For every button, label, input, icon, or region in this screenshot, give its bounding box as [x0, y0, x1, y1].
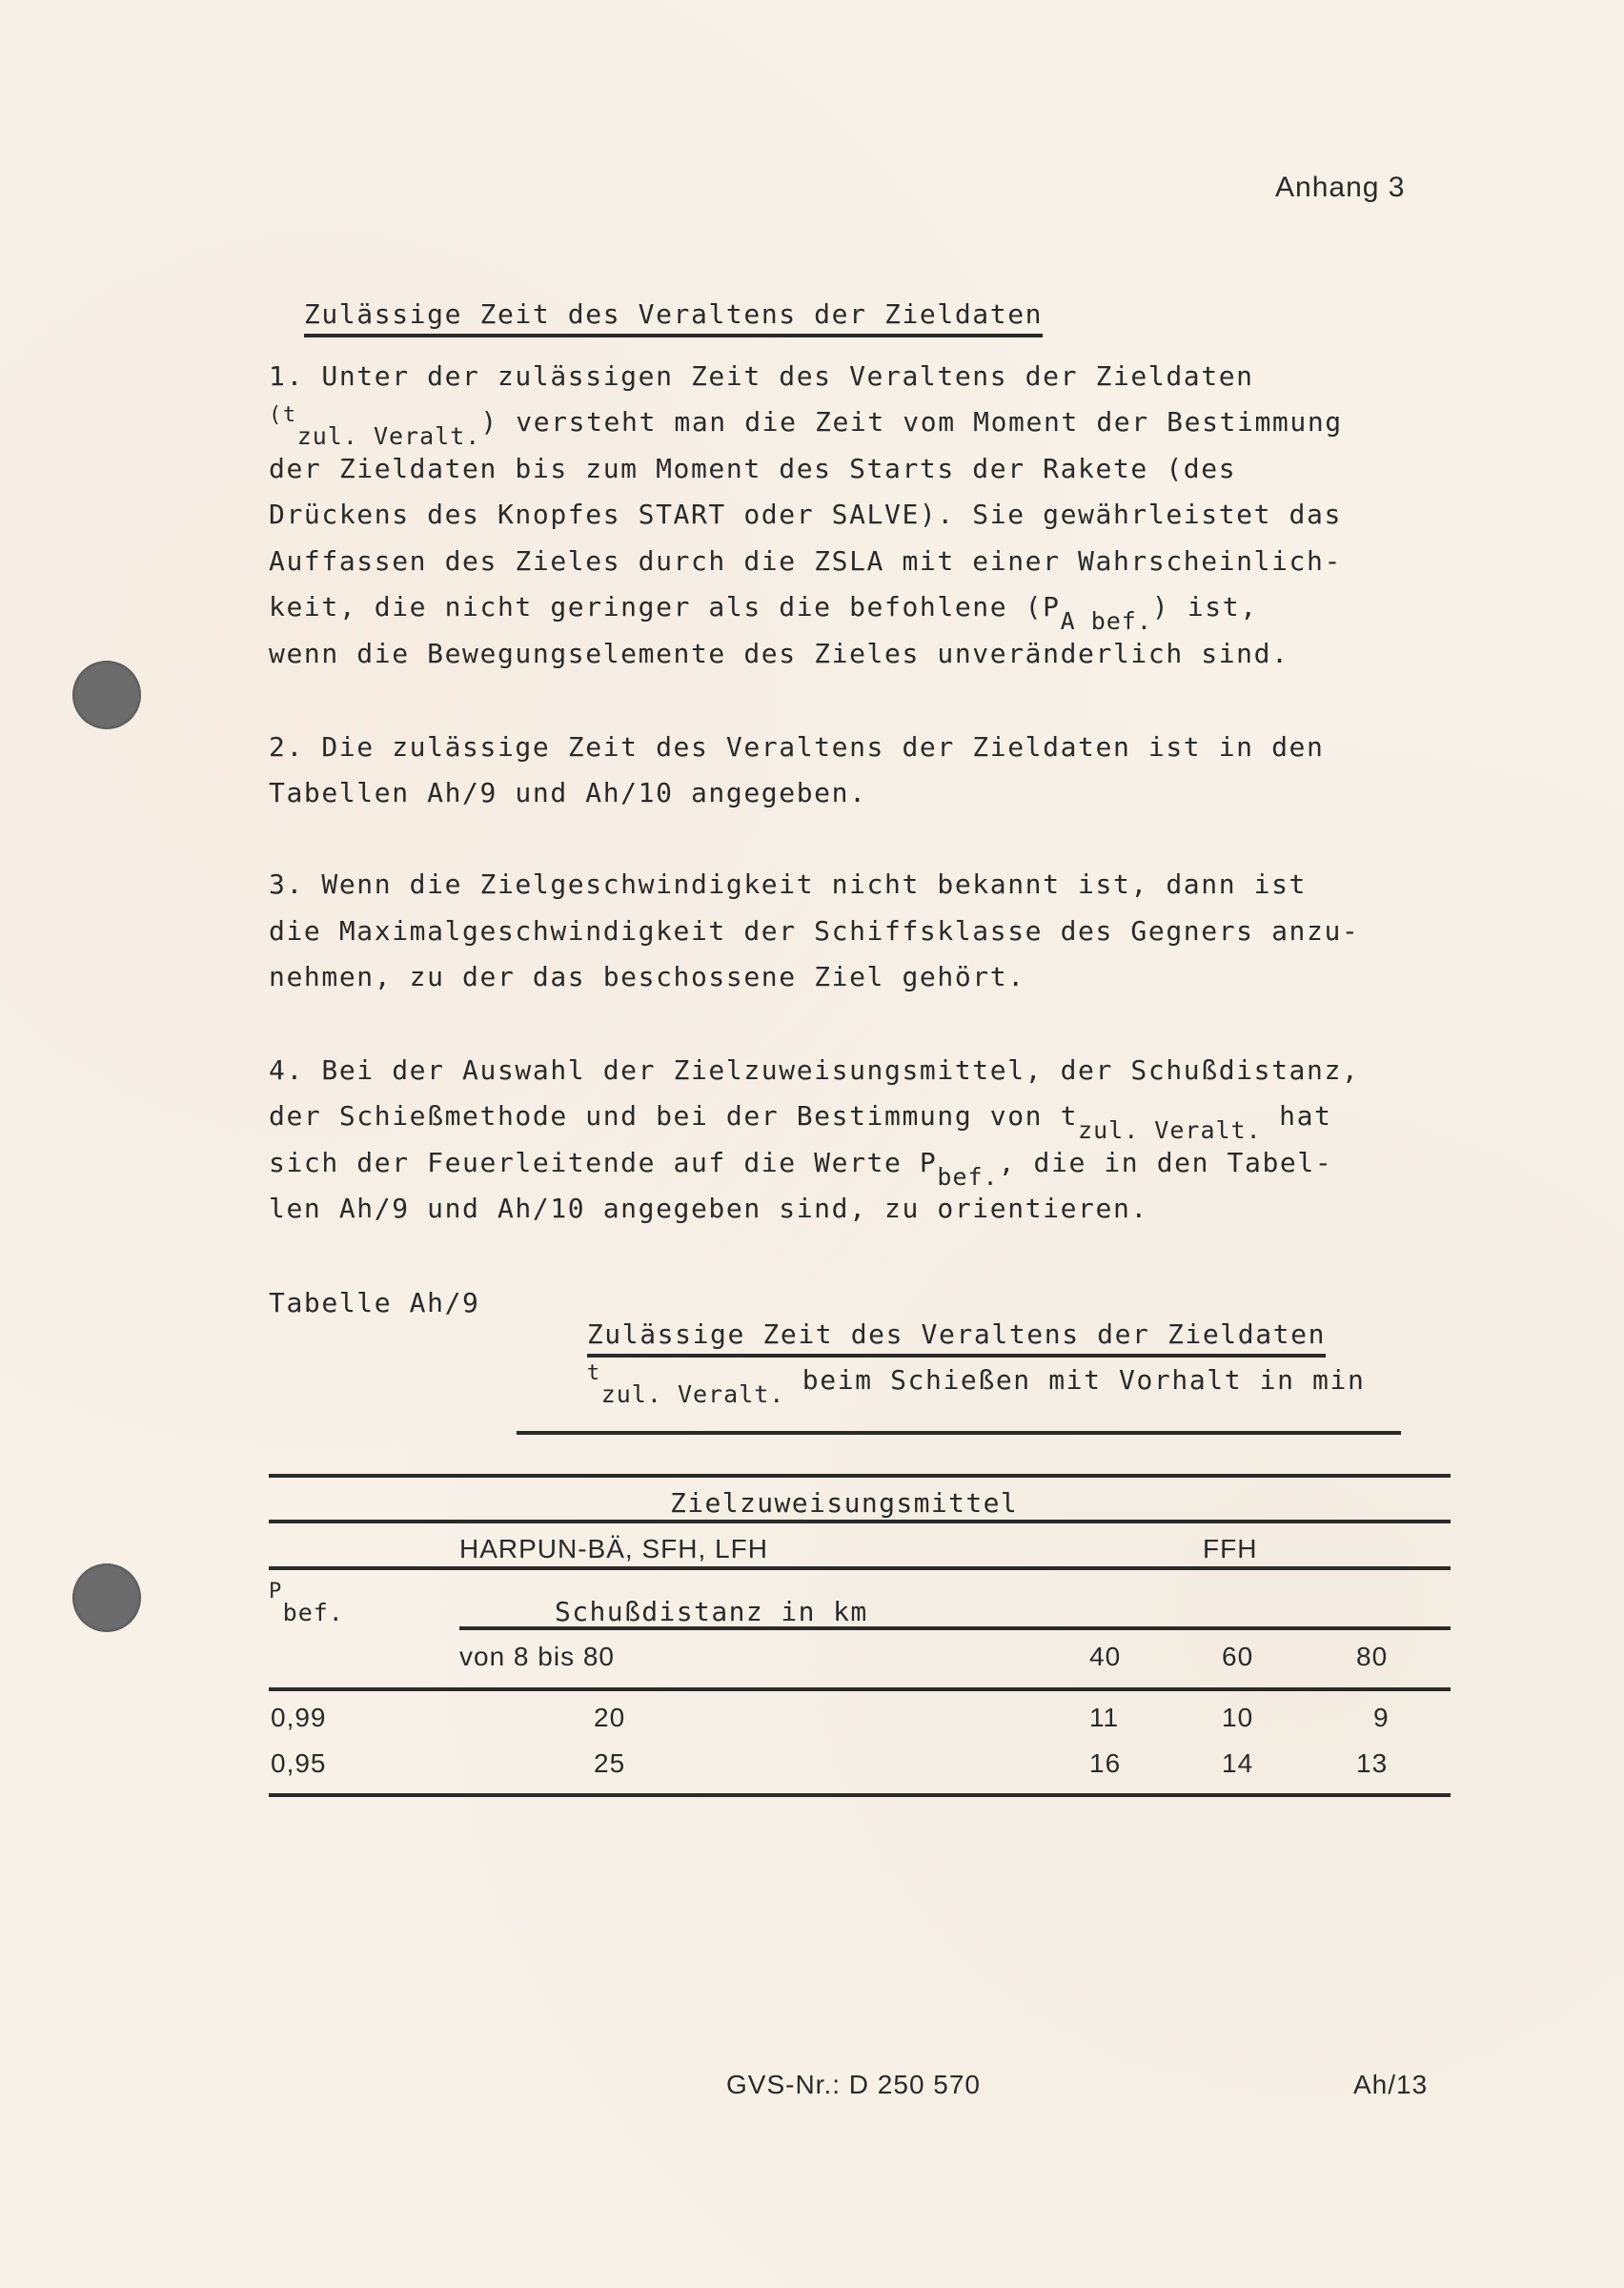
table-distance: 80: [1356, 1642, 1388, 1672]
document-number: GVS-Nr.: D 250 570: [726, 2070, 981, 2100]
table-rule-top: [269, 1474, 1451, 1478]
page-number: Ah/13: [1353, 2070, 1428, 2100]
table-cell-p: 0,95: [271, 1748, 327, 1779]
page-title: Zulässige Zeit des Veraltens der Zieldat…: [269, 267, 1043, 330]
table-rule: [269, 1687, 1451, 1691]
paragraph-4-line: sich der Feuerleitende auf die Werte Pbe…: [269, 1147, 1332, 1178]
table-distance-header: Schußdistanz in km: [555, 1596, 868, 1627]
table-cell: 16: [1089, 1748, 1121, 1779]
table-label: Tabelle Ah/9: [269, 1287, 480, 1318]
paragraph-4-line: der Schießmethode und bei der Bestimmung…: [269, 1100, 1332, 1132]
paragraph-3-line: die Maximalgeschwindigkeit der Schiffskl…: [269, 915, 1359, 947]
table-distance: 40: [1089, 1642, 1121, 1672]
page-title-text: Zulässige Zeit des Veraltens der Zieldat…: [304, 298, 1043, 337]
table-cell-p: 0,99: [271, 1703, 327, 1733]
table-distance: 60: [1222, 1642, 1253, 1672]
paragraph-1-line: wenn die Bewegungselemente des Zieles un…: [269, 638, 1289, 669]
table-col-group: FFH: [1203, 1534, 1257, 1564]
table-cell: 14: [1222, 1748, 1253, 1779]
table-cell: 13: [1356, 1748, 1388, 1779]
table-group-header: Zielzuweisungsmittel: [670, 1487, 1018, 1519]
punch-hole-bottom: [72, 1563, 141, 1632]
table-cell: 9: [1373, 1703, 1390, 1733]
paragraph-4-line: 4. Bei der Auswahl der Zielzuweisungsmit…: [269, 1054, 1359, 1086]
table-cell: 25: [594, 1748, 625, 1779]
table-col-group: HARPUN-BÄ, SFH, LFH: [459, 1534, 768, 1564]
table-row-header: Pbef.: [269, 1583, 344, 1614]
table-cell: 11: [1089, 1703, 1119, 1733]
paragraph-2-line: 2. Die zulässige Zeit des Veraltens der …: [269, 731, 1324, 763]
table-distance: von 8 bis 80: [459, 1642, 615, 1672]
table-rule: [269, 1520, 1451, 1523]
table-rule: [459, 1626, 1451, 1630]
punch-hole-top: [72, 661, 141, 729]
paragraph-3-line: 3. Wenn die Zielgeschwindigkeit nicht be…: [269, 868, 1307, 900]
paragraph-3-line: nehmen, zu der das beschossene Ziel gehö…: [269, 961, 1025, 992]
paragraph-1-line: Drückens des Knopfes START oder SALVE). …: [269, 499, 1342, 530]
table-cell: 10: [1222, 1703, 1253, 1733]
annex-label: Anhang 3: [1275, 172, 1405, 204]
paragraph-4-line: len Ah/9 und Ah/10 angegeben sind, zu or…: [269, 1193, 1148, 1224]
paragraph-1-line: (tzul. Veralt.) versteht man die Zeit vo…: [269, 406, 1343, 438]
paragraph-1-line: Auffassen des Zieles durch die ZSLA mit …: [269, 545, 1342, 577]
table-rule-bottom: [269, 1793, 1451, 1797]
paragraph-1-line: 1. Unter der zulässigen Zeit des Veralte…: [269, 360, 1254, 392]
table-subtitle: tzul. Veralt. beim Schießen mit Vorhalt …: [517, 1333, 1401, 1435]
paragraph-2-line: Tabellen Ah/9 und Ah/10 angegeben.: [269, 777, 867, 808]
table-rule: [269, 1566, 1451, 1570]
paragraph-1-line: keit, die nicht geringer als die befohle…: [269, 591, 1258, 623]
table-cell: 20: [594, 1703, 625, 1733]
paragraph-1-line: der Zieldaten bis zum Moment des Starts …: [269, 453, 1236, 484]
